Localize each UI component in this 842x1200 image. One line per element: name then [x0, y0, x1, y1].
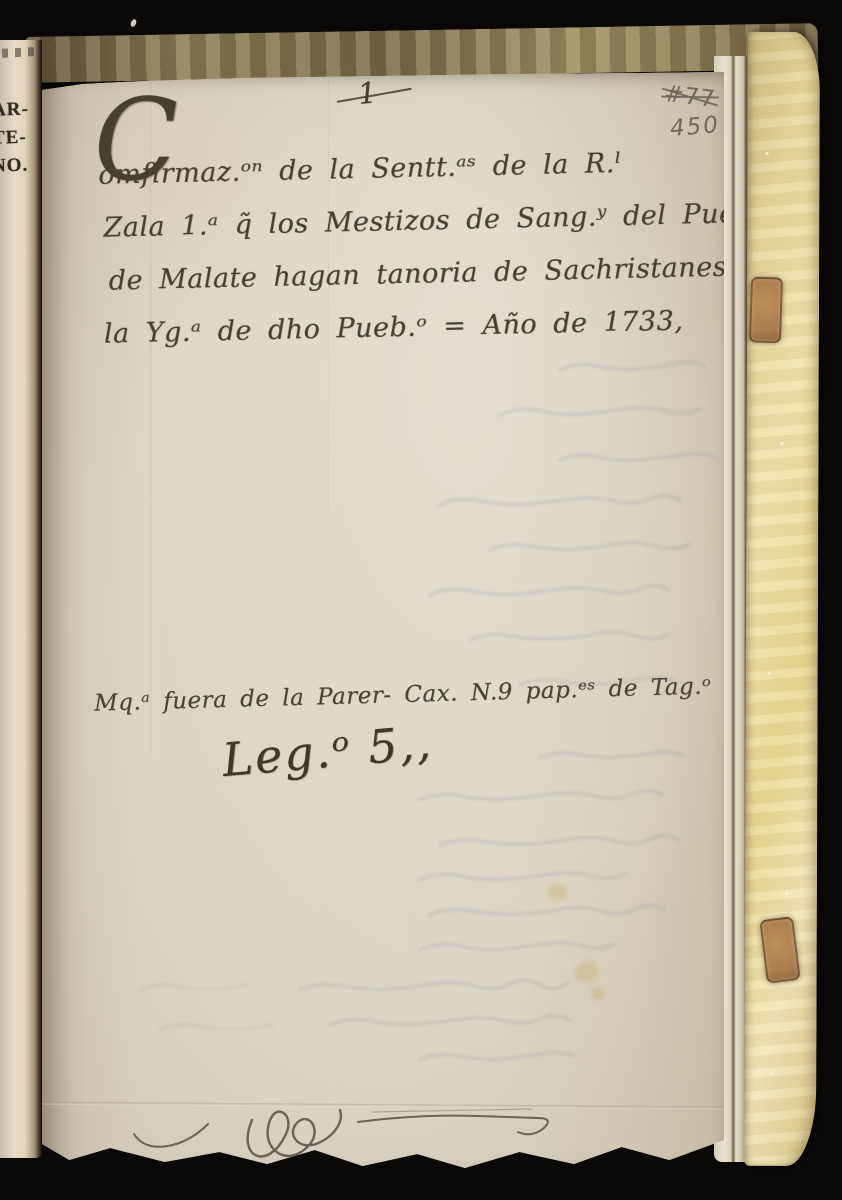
- vellum-speck: [770, 1072, 773, 1075]
- vellum-speck: [785, 892, 788, 895]
- paper-stain: [547, 883, 567, 901]
- manuscript-scan: AR- TE- NO.: [0, 0, 842, 1200]
- vellum-binding: [744, 32, 820, 1166]
- pencil-crossed-number: #77: [663, 81, 717, 113]
- legajo-number: Leg.ᵒ 5,,: [220, 715, 435, 787]
- facing-page-spine: AR- TE- NO.: [0, 40, 42, 1158]
- spine-letter: AR-: [0, 95, 38, 125]
- ink-smudge: [2, 47, 34, 58]
- title-inscription: Comfirmaz.ᵒⁿ de la Sentt.ᵃˢ de la R.ˡ Za…: [98, 135, 703, 361]
- archival-location-note: Mq.ᵃ fuera de la Parer- Cax. N.9 pap.ᵉˢ …: [94, 673, 712, 716]
- vellum-speck: [768, 672, 771, 675]
- pencil-annotations: #77 450: [664, 84, 720, 140]
- spine-letter: NO.: [0, 151, 38, 181]
- vellum-speck: [766, 152, 769, 155]
- fold-crease: [42, 1102, 724, 1110]
- folio-number: 1: [356, 75, 379, 111]
- manuscript-page: 1 #77 450 Comfirmaz.ᵒⁿ de la Sentt.ᵃˢ de…: [42, 72, 724, 1170]
- dust-speck: [130, 18, 138, 27]
- paper-stain: [575, 961, 599, 983]
- spine-letter: TE-: [0, 123, 38, 153]
- leather-tie-remnant: [749, 276, 783, 343]
- vellum-speck: [781, 442, 784, 445]
- spine-title-fragment: AR- TE- NO.: [0, 96, 38, 180]
- paper-stain: [591, 988, 604, 1000]
